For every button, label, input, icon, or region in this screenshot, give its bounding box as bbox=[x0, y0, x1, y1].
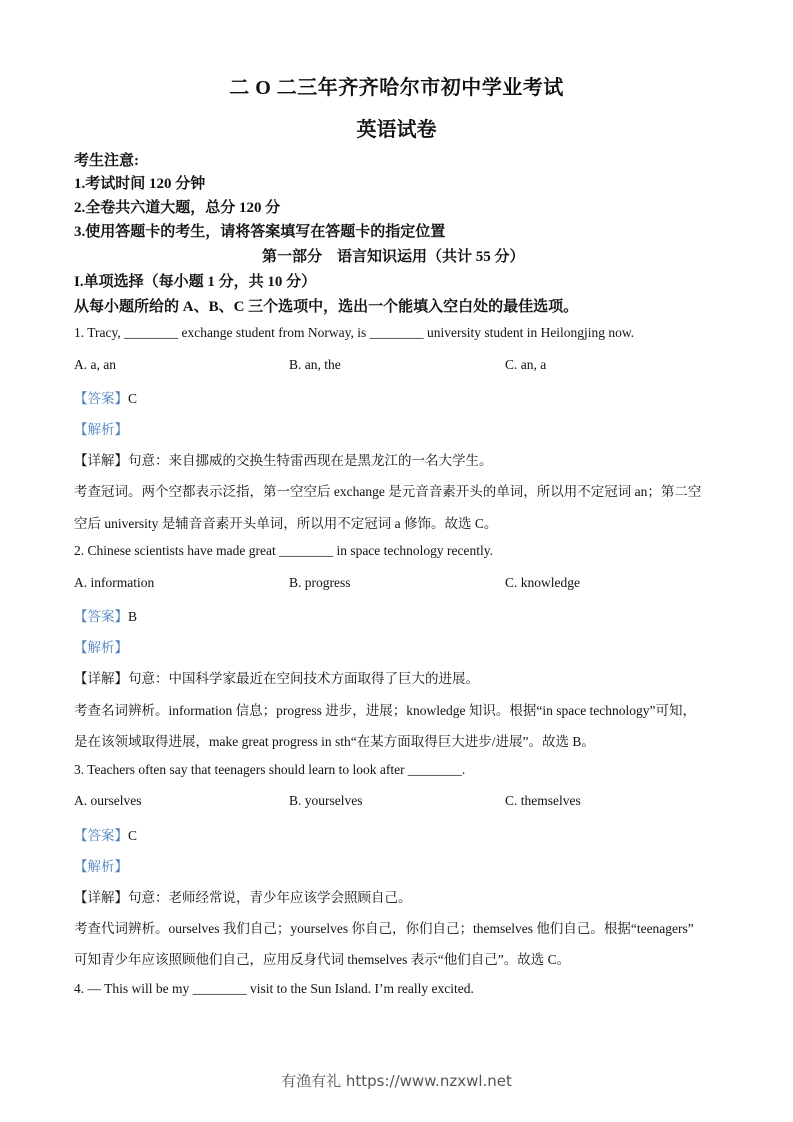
notice-heading: 考生注意: bbox=[74, 149, 139, 170]
detail-text: 句意：中国科学家最近在空间技术方面取得了巨大的进展。 bbox=[128, 671, 479, 686]
question-1-explanation-line-2: 空后 university 是辅音音素开头单词，所以用不定冠词 a 修饰。故选 … bbox=[74, 512, 497, 532]
exam-title: 二 O 二三年齐齐哈尔市初中学业考试 bbox=[0, 71, 793, 100]
answer-label: 【答案】 bbox=[74, 391, 128, 406]
section-title: I.单项选择（每小题 1 分，共 10 分） bbox=[74, 270, 316, 291]
notice-item-2: 2.全卷共六道大题，总分 120 分 bbox=[74, 196, 280, 217]
detail-label: 【详解】 bbox=[74, 671, 128, 686]
question-1-answer: 【答案】C bbox=[74, 387, 137, 408]
answer-value: B bbox=[128, 609, 137, 624]
question-1-detail: 【详解】句意：来自挪威的交换生特雷西现在是黑龙江的一名大学生。 bbox=[74, 449, 493, 470]
detail-text: 句意：来自挪威的交换生特雷西现在是黑龙江的一名大学生。 bbox=[128, 453, 493, 468]
question-3-detail: 【详解】句意：老师经常说，青少年应该学会照顾自己。 bbox=[74, 886, 412, 907]
question-2-analysis-label: 【解析】 bbox=[74, 636, 128, 656]
part-title: 第一部分 语言知识运用（共计 55 分） bbox=[262, 245, 525, 266]
question-1-stem: 1. Tracy, ________ exchange student from… bbox=[74, 325, 634, 341]
question-3-explanation-line-1: 考查代词辨析。ourselves 我们自己；yourselves 你自己，你们自… bbox=[74, 917, 694, 937]
question-2-option-a: A. information bbox=[74, 575, 154, 591]
answer-value: C bbox=[128, 828, 137, 843]
question-2-answer: 【答案】B bbox=[74, 605, 137, 626]
question-4-stem: 4. — This will be my ________ visit to t… bbox=[74, 981, 474, 997]
answer-value: C bbox=[128, 391, 137, 406]
question-2-option-b: B. progress bbox=[289, 575, 351, 591]
section-instruction: 从每小题所给的 A、B、C 三个选项中，选出一个能填入空白处的最佳选项。 bbox=[74, 295, 578, 316]
question-3-answer: 【答案】C bbox=[74, 824, 137, 845]
notice-item-3: 3.使用答题卡的考生，请将答案填写在答题卡的指定位置 bbox=[74, 220, 445, 241]
question-3-option-b: B. yourselves bbox=[289, 793, 363, 809]
question-3-stem: 3. Teachers often say that teenagers sho… bbox=[74, 762, 465, 778]
footer-watermark: 有渔有礼 https://www.nzxwl.net bbox=[0, 1070, 793, 1091]
question-2-explanation-line-2: 是在该领域取得进展，make great progress in sth“在某方… bbox=[74, 730, 595, 750]
question-2-detail: 【详解】句意：中国科学家最近在空间技术方面取得了巨大的进展。 bbox=[74, 667, 479, 688]
question-1-explanation-line-1: 考查冠词。两个空都表示泛指，第一空空后 exchange 是元音音素开头的单词，… bbox=[74, 480, 701, 500]
question-3-explanation-line-2: 可知青少年应该照顾他们自己，应用反身代词 themselves 表示“他们自己”… bbox=[74, 948, 570, 968]
detail-text: 句意：老师经常说，青少年应该学会照顾自己。 bbox=[128, 890, 412, 905]
question-1-option-c: C. an, a bbox=[505, 357, 546, 373]
answer-label: 【答案】 bbox=[74, 609, 128, 624]
question-3-option-a: A. ourselves bbox=[74, 793, 142, 809]
exam-subtitle: 英语试卷 bbox=[0, 113, 793, 142]
question-2-option-c: C. knowledge bbox=[505, 575, 580, 591]
detail-label: 【详解】 bbox=[74, 890, 128, 905]
question-2-explanation-line-1: 考查名词辨析。information 信息；progress 进步，进展；kno… bbox=[74, 699, 696, 719]
question-3-analysis-label: 【解析】 bbox=[74, 855, 128, 875]
question-1-option-a: A. a, an bbox=[74, 357, 116, 373]
detail-label: 【详解】 bbox=[74, 453, 128, 468]
answer-label: 【答案】 bbox=[74, 828, 128, 843]
exam-page: 二 O 二三年齐齐哈尔市初中学业考试 英语试卷 考生注意: 1.考试时间 120… bbox=[0, 0, 793, 1122]
notice-item-1: 1.考试时间 120 分钟 bbox=[74, 172, 205, 193]
question-3-option-c: C. themselves bbox=[505, 793, 581, 809]
question-1-analysis-label: 【解析】 bbox=[74, 418, 128, 438]
question-2-stem: 2. Chinese scientists have made great __… bbox=[74, 543, 493, 559]
question-1-option-b: B. an, the bbox=[289, 357, 341, 373]
